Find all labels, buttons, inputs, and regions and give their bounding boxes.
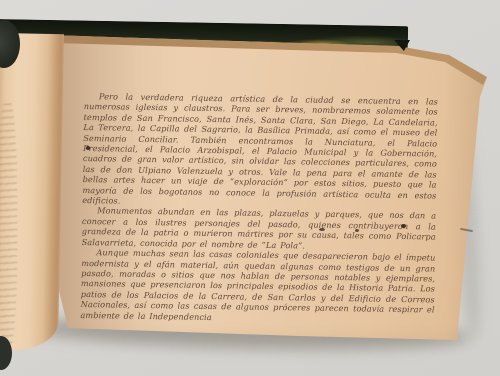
paragraph-3: Aunque muchas sean las casas coloniales …	[80, 247, 435, 325]
book-left-page-curl	[0, 33, 64, 351]
photo-open-book: Pero la verdadera riqueza artística de l…	[0, 0, 500, 376]
ink-spot	[401, 224, 406, 228]
left-page-faint-text	[0, 99, 18, 353]
book-right-page: Pero la verdadera riqueza artística de l…	[0, 0, 500, 376]
paragraph-2: Monumentos abundan en las plazas, plazue…	[82, 205, 437, 252]
paragraph-1: Pero la verdadera riqueza artística de l…	[82, 91, 438, 211]
ink-spot	[319, 228, 325, 231]
page-text-block: Pero la verdadera riqueza artística de l…	[80, 91, 438, 325]
page-stack-top-edge	[0, 0, 500, 376]
ink-spot	[86, 146, 90, 150]
ink-spot	[355, 229, 359, 232]
